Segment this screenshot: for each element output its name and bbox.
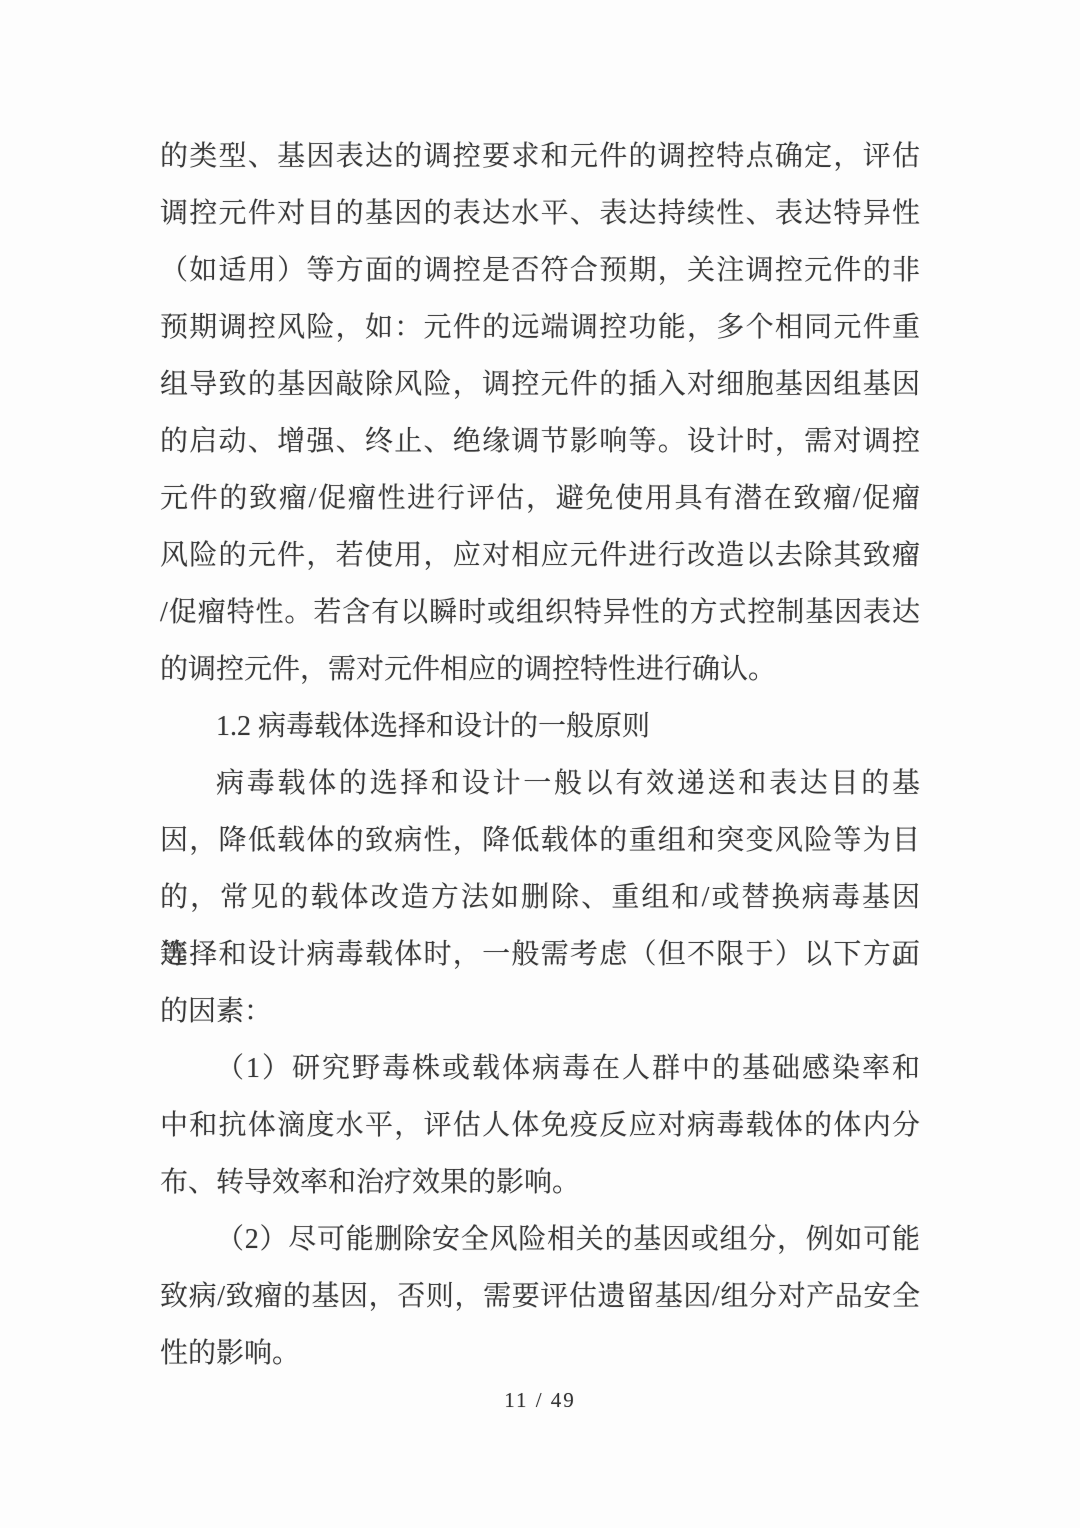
text-line: 选择和设计病毒载体时，一般需考虑（但不限于）以下方面 [160, 926, 920, 983]
text-line: 致病/致瘤的基因，否则，需要评估遗留基因/组分对产品安全 [160, 1268, 920, 1325]
page-number: 11 / 49 [0, 1388, 1080, 1413]
text-line: 的类型、基因表达的调控要求和元件的调控特点确定，评估 [160, 128, 920, 185]
text-line: 风险的元件，若使用，应对相应元件进行改造以去除其致瘤 [160, 527, 920, 584]
text-line: 的因素： [160, 983, 920, 1040]
text-line: 组导致的基因敲除风险，调控元件的插入对细胞基因组基因 [160, 356, 920, 413]
document-content: 的类型、基因表达的调控要求和元件的调控特点确定，评估调控元件对目的基因的表达水平… [160, 128, 920, 1382]
text-line: 元件的致瘤/促瘤性进行评估，避免使用具有潜在致瘤/促瘤 [160, 470, 920, 527]
text-line: 的，常见的载体改造方法如删除、重组和/或替换病毒基因等。 [160, 869, 920, 926]
text-line: 因，降低载体的致病性，降低载体的重组和突变风险等为目 [160, 812, 920, 869]
section-heading: 1.2 病毒载体选择和设计的一般原则 [160, 698, 920, 755]
text-line: 病毒载体的选择和设计一般以有效递送和表达目的基 [160, 755, 920, 812]
text-line: /促瘤特性。若含有以瞬时或组织特异性的方式控制基因表达 [160, 584, 920, 641]
paragraph: （1）研究野毒株或载体病毒在人群中的基础感染率和中和抗体滴度水平，评估人体免疫反… [160, 1040, 920, 1211]
paragraph: 的类型、基因表达的调控要求和元件的调控特点确定，评估调控元件对目的基因的表达水平… [160, 128, 920, 698]
text-line: （1）研究野毒株或载体病毒在人群中的基础感染率和 [160, 1040, 920, 1097]
text-line: 的启动、增强、终止、绝缘调节影响等。设计时，需对调控 [160, 413, 920, 470]
text-line: （2）尽可能删除安全风险相关的基因或组分，例如可能 [160, 1211, 920, 1268]
text-line: 调控元件对目的基因的表达水平、表达持续性、表达特异性 [160, 185, 920, 242]
text-line: 性的影响。 [160, 1325, 920, 1382]
text-line: 预期调控风险，如：元件的远端调控功能，多个相同元件重 [160, 299, 920, 356]
text-line: 中和抗体滴度水平，评估人体免疫反应对病毒载体的体内分 [160, 1097, 920, 1154]
paragraph: （2）尽可能删除安全风险相关的基因或组分，例如可能致病/致瘤的基因，否则，需要评… [160, 1211, 920, 1382]
document-page: 的类型、基因表达的调控要求和元件的调控特点确定，评估调控元件对目的基因的表达水平… [0, 0, 1080, 1528]
text-line: 布、转导效率和治疗效果的影响。 [160, 1154, 920, 1211]
text-line: 的调控元件，需对元件相应的调控特性进行确认。 [160, 641, 920, 698]
text-line: 1.2 病毒载体选择和设计的一般原则 [160, 698, 920, 755]
paragraph: 病毒载体的选择和设计一般以有效递送和表达目的基因，降低载体的致病性，降低载体的重… [160, 755, 920, 1040]
text-line: （如适用）等方面的调控是否符合预期，关注调控元件的非 [160, 242, 920, 299]
